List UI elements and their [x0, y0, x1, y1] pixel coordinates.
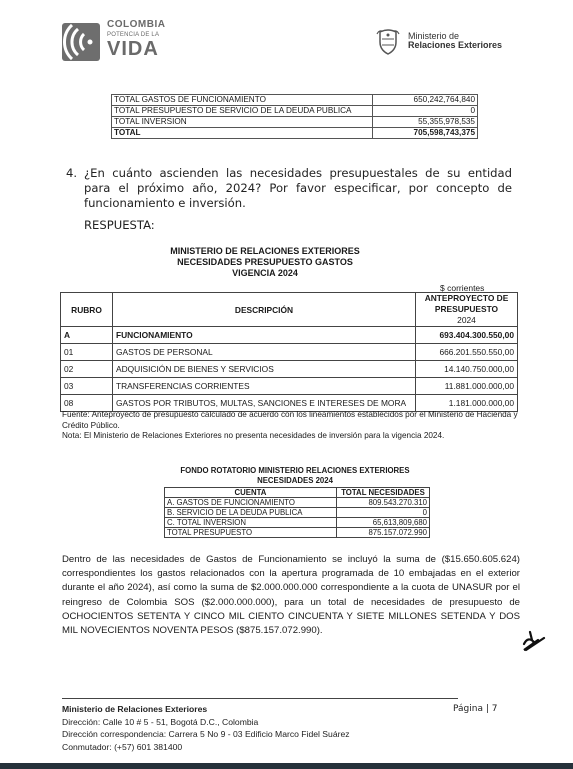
footer-address: Dirección: Calle 10 # 5 - 51, Bogotá D.C…: [62, 716, 350, 729]
summary-totals-table: TOTAL GASTOS DE FUNCIONAMIENTO650,242,76…: [111, 94, 478, 139]
header-total-necesidades: TOTAL NECESIDADES: [337, 488, 430, 498]
table-row: TOTAL PRESUPUESTO875.157.072.990: [165, 528, 430, 538]
signal-waves-icon: [62, 23, 100, 61]
table-row: TOTAL INVERSION55,355,978,535: [112, 117, 478, 128]
row-value: 705,598,743,375: [373, 128, 478, 139]
valor-cell: 14.140.750.000,00: [416, 361, 518, 378]
handwritten-initials-icon: [518, 628, 548, 656]
header-rubro: RUBRO: [61, 293, 113, 327]
budget-table-title: MINISTERIO DE RELACIONES EXTERIORES NECE…: [60, 246, 470, 279]
logo-line-1: COLOMBIA: [107, 20, 165, 30]
valor-cell: 11.881.000.000,00: [416, 378, 518, 395]
question-text: ¿En cuánto ascienden las necesidades pre…: [84, 166, 512, 211]
row-label: TOTAL: [112, 128, 373, 139]
table-row: 01GASTOS DE PERSONAL666.201.550.550,00: [61, 344, 518, 361]
cuenta-cell: TOTAL PRESUPUESTO: [165, 528, 337, 538]
fund-table-title: FONDO ROTATORIO MINISTERIO RELACIONES EX…: [150, 466, 440, 486]
header-descripcion: DESCRIPCIÓN: [113, 293, 416, 327]
row-label: TOTAL GASTOS DE FUNCIONAMIENTO: [112, 95, 373, 106]
table-row: TOTAL705,598,743,375: [112, 128, 478, 139]
source-note: Fuente: Anteproyecto de presupuesto calc…: [62, 410, 522, 431]
total-cell: 809.543.270.310: [337, 498, 430, 508]
table-row: 03TRANSFERENCIAS CORRIENTES11.881.000.00…: [61, 378, 518, 395]
descripcion-cell: FUNCIONAMIENTO: [113, 327, 416, 344]
total-cell: 65,613,809,680: [337, 518, 430, 528]
table-row: C. TOTAL INVERSION65,613,809,680: [165, 518, 430, 528]
viewer-bottom-bar: [0, 763, 573, 769]
header-anteproyecto: ANTEPROYECTO DE PRESUPUESTO 2024: [416, 293, 518, 327]
descripcion-cell: GASTOS DE PERSONAL: [113, 344, 416, 361]
valor-cell: 1.181.000.000,00: [416, 395, 518, 412]
row-label: TOTAL INVERSION: [112, 117, 373, 128]
budget-title-line: NECESIDADES PRESUPUESTO GASTOS: [60, 257, 470, 268]
header-anteproyecto-label: ANTEPROYECTO DE PRESUPUESTO: [419, 293, 514, 315]
table-row: AFUNCIONAMIENTO693.404.300.550,00: [61, 327, 518, 344]
header-cuenta: CUENTA: [165, 488, 337, 498]
table-row: 08GASTOS POR TRIBUTOS, MULTAS, SANCIONES…: [61, 395, 518, 412]
page-number: Página | 7: [453, 704, 497, 714]
table-row: TOTAL GASTOS DE FUNCIONAMIENTO650,242,76…: [112, 95, 478, 106]
table-row: B. SERVICIO DE LA DEUDA PUBLICA0: [165, 508, 430, 518]
table-row: A. GASTOS DE FUNCIONAMIENTO809.543.270.3…: [165, 498, 430, 508]
footer-divider: [62, 698, 458, 699]
budget-notes: Fuente: Anteproyecto de presupuesto calc…: [62, 410, 522, 442]
rubro-cell: 08: [61, 395, 113, 412]
explanation-paragraph: Dentro de las necesidades de Gastos de F…: [62, 553, 520, 638]
budget-needs-table: RUBRO DESCRIPCIÓN ANTEPROYECTO DE PRESUP…: [60, 292, 518, 412]
rubro-cell: 03: [61, 378, 113, 395]
descripcion-cell: TRANSFERENCIAS CORRIENTES: [113, 378, 416, 395]
row-value: 650,242,764,840: [373, 95, 478, 106]
row-value: 55,355,978,535: [373, 117, 478, 128]
coat-of-arms-icon: [376, 28, 400, 56]
table-row: 02ADQUISICIÓN DE BIENES Y SERVICIOS14.14…: [61, 361, 518, 378]
footer-phone: Conmutador: (+57) 601 381400: [62, 741, 350, 754]
footer-mail-address: Dirección correspondencia: Carrera 5 No …: [62, 728, 350, 741]
table-row: TOTAL PRESUPUESTO DE SERVICIO DE LA DEUD…: [112, 106, 478, 117]
fund-needs-table: CUENTA TOTAL NECESIDADES A. GASTOS DE FU…: [164, 487, 430, 538]
investment-note: Nota: El Ministerio de Relaciones Exteri…: [62, 431, 522, 442]
budget-title-line: MINISTERIO DE RELACIONES EXTERIORES: [60, 246, 470, 257]
valor-cell: 693.404.300.550,00: [416, 327, 518, 344]
row-value: 0: [373, 106, 478, 117]
total-cell: 875.157.072.990: [337, 528, 430, 538]
budget-title-line: VIGENCIA 2024: [60, 268, 470, 279]
descripcion-cell: ADQUISICIÓN DE BIENES Y SERVICIOS: [113, 361, 416, 378]
cuenta-cell: B. SERVICIO DE LA DEUDA PUBLICA: [165, 508, 337, 518]
fund-title-line: FONDO ROTATORIO MINISTERIO RELACIONES EX…: [150, 466, 440, 476]
rubro-cell: A: [61, 327, 113, 344]
footer: Ministerio de Relaciones Exteriores Dire…: [62, 703, 350, 753]
rubro-cell: 01: [61, 344, 113, 361]
footer-org: Ministerio de Relaciones Exteriores: [62, 703, 350, 716]
fund-title-line: NECESIDADES 2024: [150, 476, 440, 486]
question-number: 4.: [66, 166, 77, 181]
colombia-potencia-de-la-vida-logo: COLOMBIA POTENCIA DE LA VIDA: [62, 20, 172, 64]
ministry-logo: Ministerio de Relaciones Exteriores: [376, 28, 516, 58]
descripcion-cell: GASTOS POR TRIBUTOS, MULTAS, SANCIONES E…: [113, 395, 416, 412]
question-4: 4. ¿En cuánto ascienden las necesidades …: [66, 166, 512, 211]
logo-line-3: VIDA: [107, 39, 165, 59]
cuenta-cell: C. TOTAL INVERSION: [165, 518, 337, 528]
response-label: RESPUESTA:: [84, 218, 155, 232]
header-year: 2024: [419, 315, 514, 326]
ministry-logo-line-2: Relaciones Exteriores: [408, 41, 502, 50]
valor-cell: 666.201.550.550,00: [416, 344, 518, 361]
row-label: TOTAL PRESUPUESTO DE SERVICIO DE LA DEUD…: [112, 106, 373, 117]
cuenta-cell: A. GASTOS DE FUNCIONAMIENTO: [165, 498, 337, 508]
total-cell: 0: [337, 508, 430, 518]
rubro-cell: 02: [61, 361, 113, 378]
